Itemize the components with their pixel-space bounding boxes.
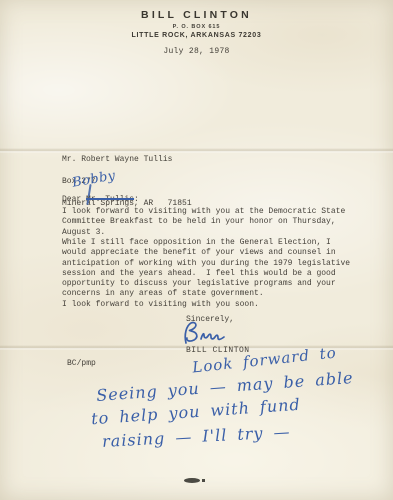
postscript-line-4: raising — I'll try —: [102, 422, 291, 451]
union-bug-dot: [202, 479, 205, 482]
union-bug-icon: [184, 477, 208, 485]
salutation-prefix: Dear: [62, 195, 86, 204]
salutation-struck-name: Mr. Tullis: [86, 195, 134, 204]
body-paragraph-2: While I still face opposition in the Gen…: [62, 238, 358, 300]
salutation-suffix: :: [134, 195, 139, 204]
recipient-name: Mr. Robert Wayne Tullis: [62, 155, 172, 164]
typist-initials: BC/pmp: [67, 359, 96, 368]
letterhead-city-line: LITTLE ROCK, ARKANSAS 72203: [0, 32, 393, 39]
fold-crease-upper: [0, 148, 393, 153]
body-paragraph-1: I look forward to visiting with you at t…: [62, 207, 358, 238]
body-paragraph-3: I look forward to visiting with you soon…: [62, 300, 358, 310]
letterhead-po-box: P. O. BOX 615: [0, 24, 393, 30]
signature-bill: [179, 320, 239, 348]
letter-page: BILL CLINTON P. O. BOX 615 LITTLE ROCK, …: [0, 0, 393, 500]
salutation: Dear Mr. Tullis:: [62, 195, 139, 204]
union-bug-oval: [184, 478, 200, 483]
letterhead-name: BILL CLINTON: [0, 9, 393, 21]
letter-date: July 28, 1978: [0, 47, 393, 56]
